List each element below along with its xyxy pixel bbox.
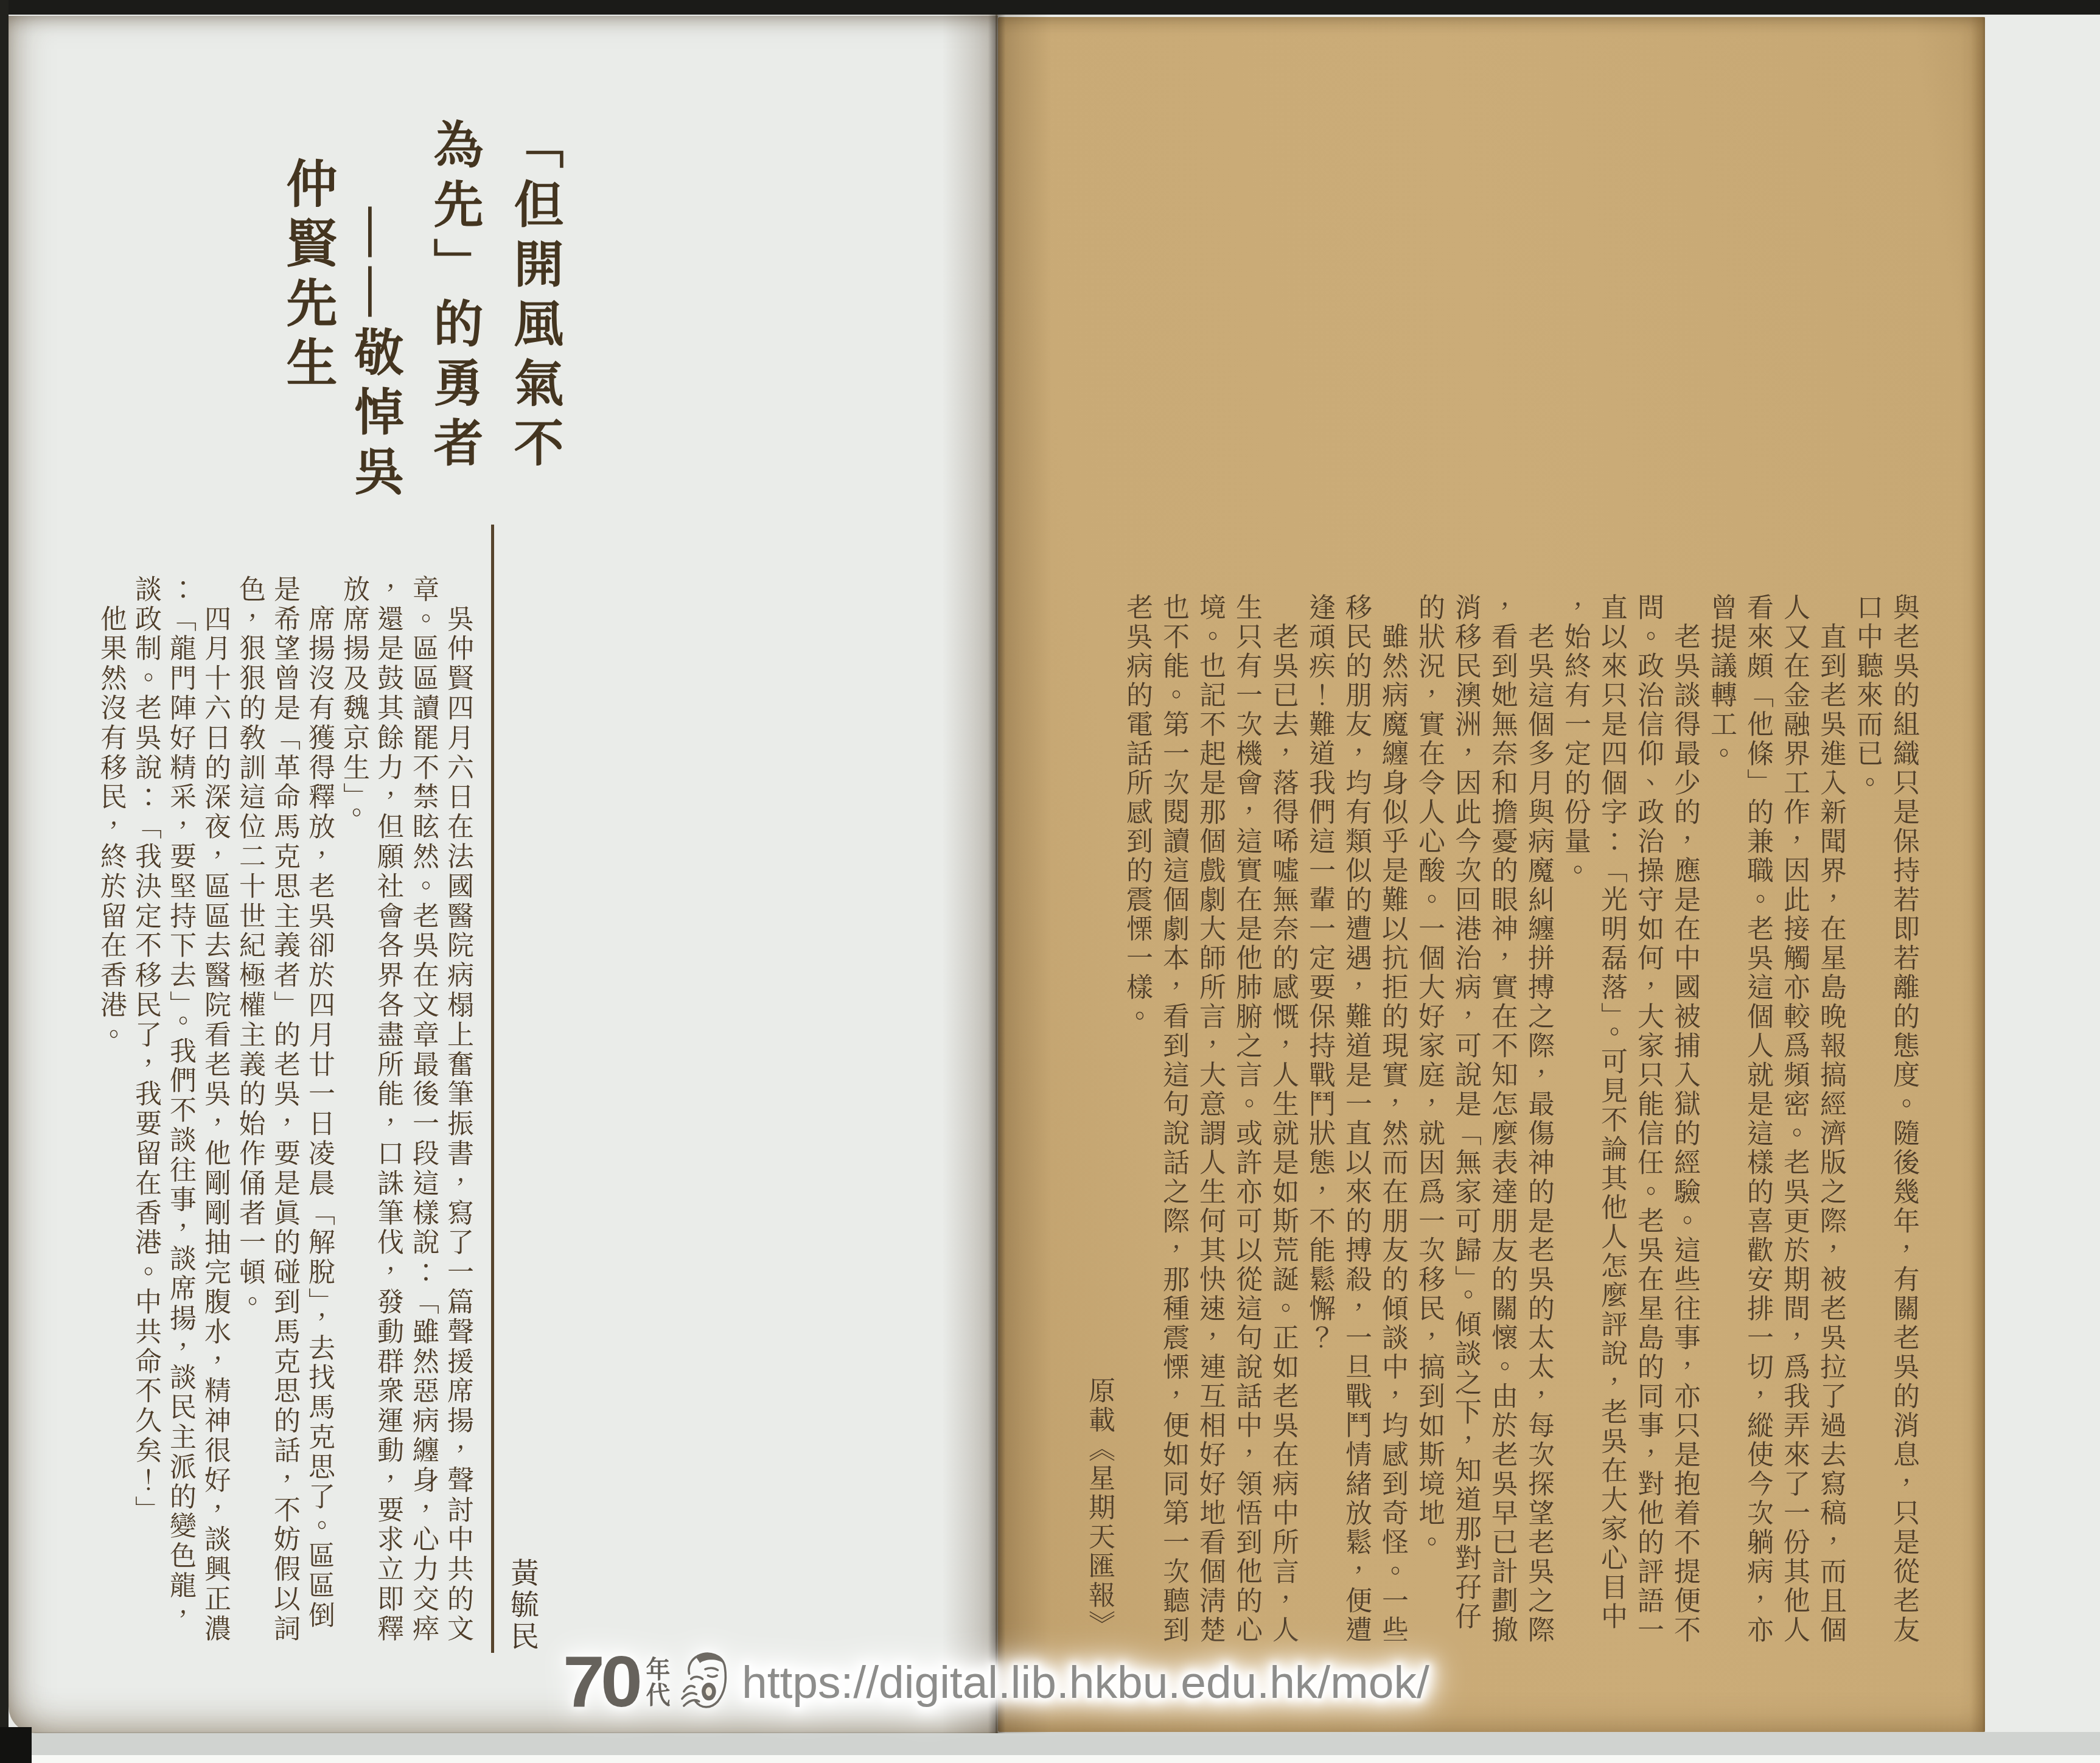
right-body-column: 直到老吳進入新聞界，在星島晚報搞經濟版之際，被老吳拉了過去寫稿，而且個	[1812, 593, 1849, 1645]
right-body-column: 曾提議轉工。	[1703, 593, 1739, 769]
right-body-column: 消移民澳洲，因此今次回港治病，可說是「無家可歸」。傾談之下，知道那對孖仔	[1447, 593, 1484, 1632]
spine-crease	[996, 15, 997, 1733]
left-body-column: 他果然沒有移民，終於留在香港。	[94, 575, 128, 1050]
right-body-column: ，始終有一定的份量。	[1557, 593, 1593, 885]
book-left-edge	[0, 0, 9, 1763]
right-body-column: 老吳談得最少的，應是在中國被捕入獄的經驗。這些往事，亦只是抱着不提便不	[1666, 593, 1703, 1645]
seventies-logo-chars: 年代	[642, 1657, 670, 1708]
right-body-column: 老吳病的電話所感到的震慄一樣。	[1118, 593, 1155, 1032]
right-body-column: 看來頗「他條」的兼職。老吳這個人就是這樣的喜歡安排一切，縱使今次躺病，亦	[1739, 593, 1776, 1645]
right-body-column: 直以來只是四個字：「光明磊落」。可見不論其他人怎麼評說，老吳在大家心目中	[1593, 593, 1630, 1632]
left-body-column: 談政制。老吳說：「我決定不移民了，我要留在香港。中共命不久矣！」	[128, 575, 163, 1526]
source-attribution: 原載《星期天匯報》	[1083, 1377, 1115, 1639]
article-title-column-2: 為先」的勇者	[424, 119, 484, 477]
right-body-column: 問。政治信仰、政治操守如何，大家只能信任。老吳在星島的同事，對他的評語一	[1630, 593, 1666, 1645]
right-body-column: 老吳已去，落得唏噓無奈的感慨，人生就是如斯荒誕。正如老吳在病中所言，人	[1265, 593, 1301, 1645]
author-byline: 黃毓民	[506, 1558, 539, 1653]
right-body-column: ，看到她無奈和擔憂的眼神，實在不知怎麼表達朋友的關懷。由於老吳早已計劃撤	[1484, 593, 1520, 1645]
left-body-column: 色，狠狠的敎訓這位二十世紀極權主義的始作俑者一頓。	[232, 575, 267, 1318]
left-body-column: 席揚沒有獲得釋放，老吳卻於四月廿一日凌晨「解脫」，去找馬克思了。區區倒	[302, 575, 337, 1631]
left-body-column: 吳仲賢四月六日在法國醫院病榻上奮筆振書，寫了一篇聲援席揚，聲討中共的文	[441, 575, 475, 1644]
left-body-column: 四月十六日的深夜，區區去醫院看老吳，他剛剛抽完腹水，精神很好，談興正濃	[198, 575, 232, 1644]
cover-corner	[0, 1727, 32, 1763]
article-title-column-3: ——敬悼吳	[344, 207, 405, 505]
seventies-logo-number: 70	[563, 1646, 638, 1718]
left-body-column: 章。區區讀罷不禁眩然。老吳在文章最後一段這樣說：「雖然惡病纏身，心力交瘁	[406, 575, 441, 1644]
right-body-column: 口中聽來而已。	[1849, 593, 1885, 798]
right-body-column: 移民的朋友，均有類似的遭遇，難道是一直以來的搏殺，一旦戰鬥情緒放鬆，便遭	[1338, 593, 1374, 1645]
title-body-divider-rule	[491, 525, 494, 1653]
scanner-bed-strip	[0, 1732, 2100, 1756]
scanner-edge-highlight	[0, 1755, 2100, 1763]
book-top-edge	[0, 0, 2100, 15]
right-body-column: 逢頑疾！難道我們這一輩一定要保持戰鬥狀態，不能鬆懈？	[1301, 593, 1338, 1353]
right-body-column: 人又在金融界工作，因此接觸亦較爲頻密。老吳更於期間，爲我弄來了一份其他人	[1776, 593, 1812, 1645]
right-body-column: 生只有一次機會，這實在是他肺腑之言。或許亦可以從這句說話中，領悟到他的心	[1228, 593, 1265, 1645]
article-title-column-1: 「但開風氣不	[504, 119, 565, 477]
right-body-column: 雖然病魔纏身似乎是難以抗拒的現實，然而在朋友的傾談中，均感到奇怪。一些	[1374, 593, 1411, 1645]
left-body-column: 放席揚及魏京生」。	[337, 575, 371, 829]
right-body-column: 與老吳的組織只是保持若即若離的態度。隨後幾年，有關老吳的消息，只是從老友	[1885, 593, 1922, 1645]
article-title-column-4: 仲賢先生	[275, 157, 338, 396]
woodcut-face-seal-icon	[678, 1649, 732, 1716]
right-body-column: 也不能。第一次閱讀這個劇本，看到這句說話之際，那種震慄，便如同第一次聽到	[1155, 593, 1191, 1645]
right-body-column: 老吳這個多月與病魔糾纏拼搏之際，最傷神的是老吳的太太，每次探望老吳之際	[1520, 593, 1557, 1645]
left-body-column: 是希望曾是「革命馬克思主義者」的老吳，要是眞的碰到馬克思的話，不妨假以詞	[267, 575, 302, 1644]
page-fore-edge	[1970, 17, 1985, 1732]
library-watermark: 70 年代 https://digital.lib.hkbu.edu.hk/mo…	[563, 1639, 1429, 1725]
right-body-column: 境。也記不起是那個戲劇大師所言，大意謂人生何其快速，連互相好好地看個淸楚	[1191, 593, 1228, 1645]
left-body-column: ：「龍門陣好精采，要堅持下去」。我們不談往事，談席揚，談民主派的變色龍，	[163, 575, 198, 1631]
left-body-column: ，還是鼓其餘力，但願社會各界各盡所能，口誅筆伐，發動群衆運動，要求立即釋	[371, 575, 405, 1644]
scanned-book-spread: { "left_page": { "title_columns": [ "「但開…	[0, 0, 2100, 1763]
right-body-column: 的狀況，實在令人心酸。一個大好家庭，就因爲一次移民，搞到如斯境地。	[1411, 593, 1447, 1557]
watermark-url: https://digital.lib.hkbu.edu.hk/mok/	[742, 1660, 1429, 1705]
